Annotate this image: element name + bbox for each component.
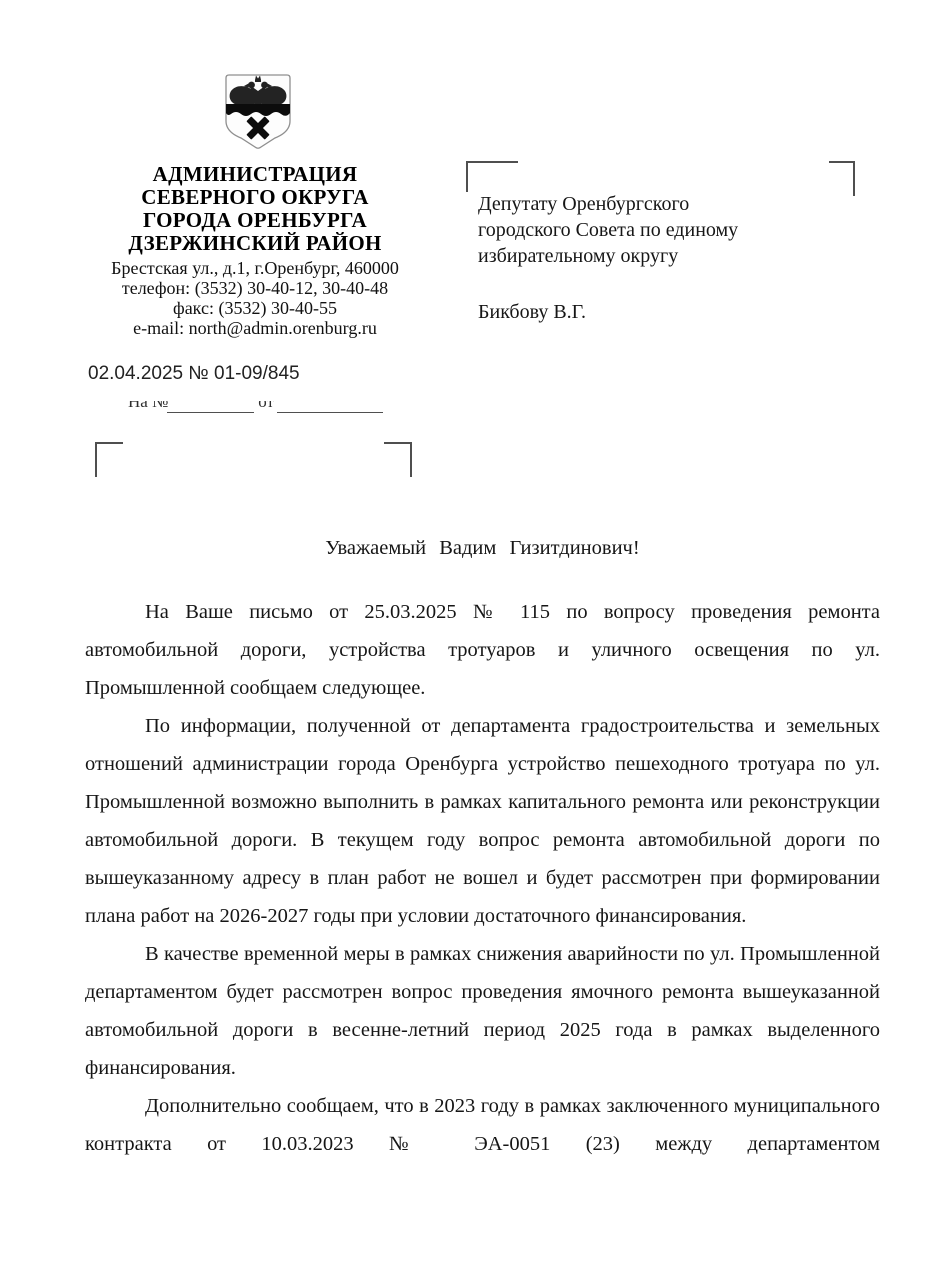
address-zone-corner-top-left [466,161,518,192]
org-name-line: СЕВЕРНОГО ОКРУГА [55,186,455,209]
org-email: e-mail: north@admin.orenburg.ru [55,318,455,338]
org-contacts: Брестская ул., д.1, г.Оренбург, 460000 т… [55,258,455,338]
letter-page: АДМИНИСТРАЦИЯ СЕВЕРНОГО ОКРУГА ГОРОДА ОР… [0,0,934,1280]
recipient-line: Депутату Оренбургского [478,191,818,217]
heading-zone-corner-top-right [384,442,412,477]
outgoing-reference: 02.04.2025 № 01-09/845 [88,363,300,385]
blank-underline [167,412,254,413]
letter-body: На Ваше письмо от 25.03.2025 № 115 по во… [85,593,880,1163]
blank-underline [277,412,383,413]
body-paragraph: По информации, полученной от департамент… [85,707,880,935]
recipient-line: городского Совета по единому [478,217,818,243]
org-name-line: АДМИНИСТРАЦИЯ [55,163,455,186]
recipient-block: Депутату Оренбургского городского Совета… [478,191,818,325]
org-name-line: ДЗЕРЖИНСКИЙ РАЙОН [55,232,455,255]
recipient-name: Бикбову В.Г. [478,299,818,325]
reply-from-word: от [258,401,274,411]
body-paragraph: Дополнительно сообщаем, что в 2023 году … [85,1087,880,1163]
letterhead: АДМИНИСТРАЦИЯ СЕВЕРНОГО ОКРУГА ГОРОДА ОР… [55,163,455,338]
org-phone: телефон: (3532) 30-40-12, 30-40-48 [55,278,455,298]
heading-zone-corner-top-left [95,442,123,477]
org-address: Брестская ул., д.1, г.Оренбург, 460000 [55,258,455,278]
salutation: Уважаемый Вадим Гизитдинович! [85,537,880,560]
body-paragraph: На Ваше письмо от 25.03.2025 № 115 по во… [85,593,880,707]
body-paragraph: В качестве временной меры в рамках сниже… [85,935,880,1087]
recipient-line: избирательному округу [478,243,818,269]
orenburg-coat-of-arms-icon [218,71,298,153]
org-fax: факс: (3532) 30-40-55 [55,298,455,318]
address-zone-corner-top-right [829,161,855,196]
org-name-line: ГОРОДА ОРЕНБУРГА [55,209,455,232]
reply-prefix: На № [128,401,168,411]
